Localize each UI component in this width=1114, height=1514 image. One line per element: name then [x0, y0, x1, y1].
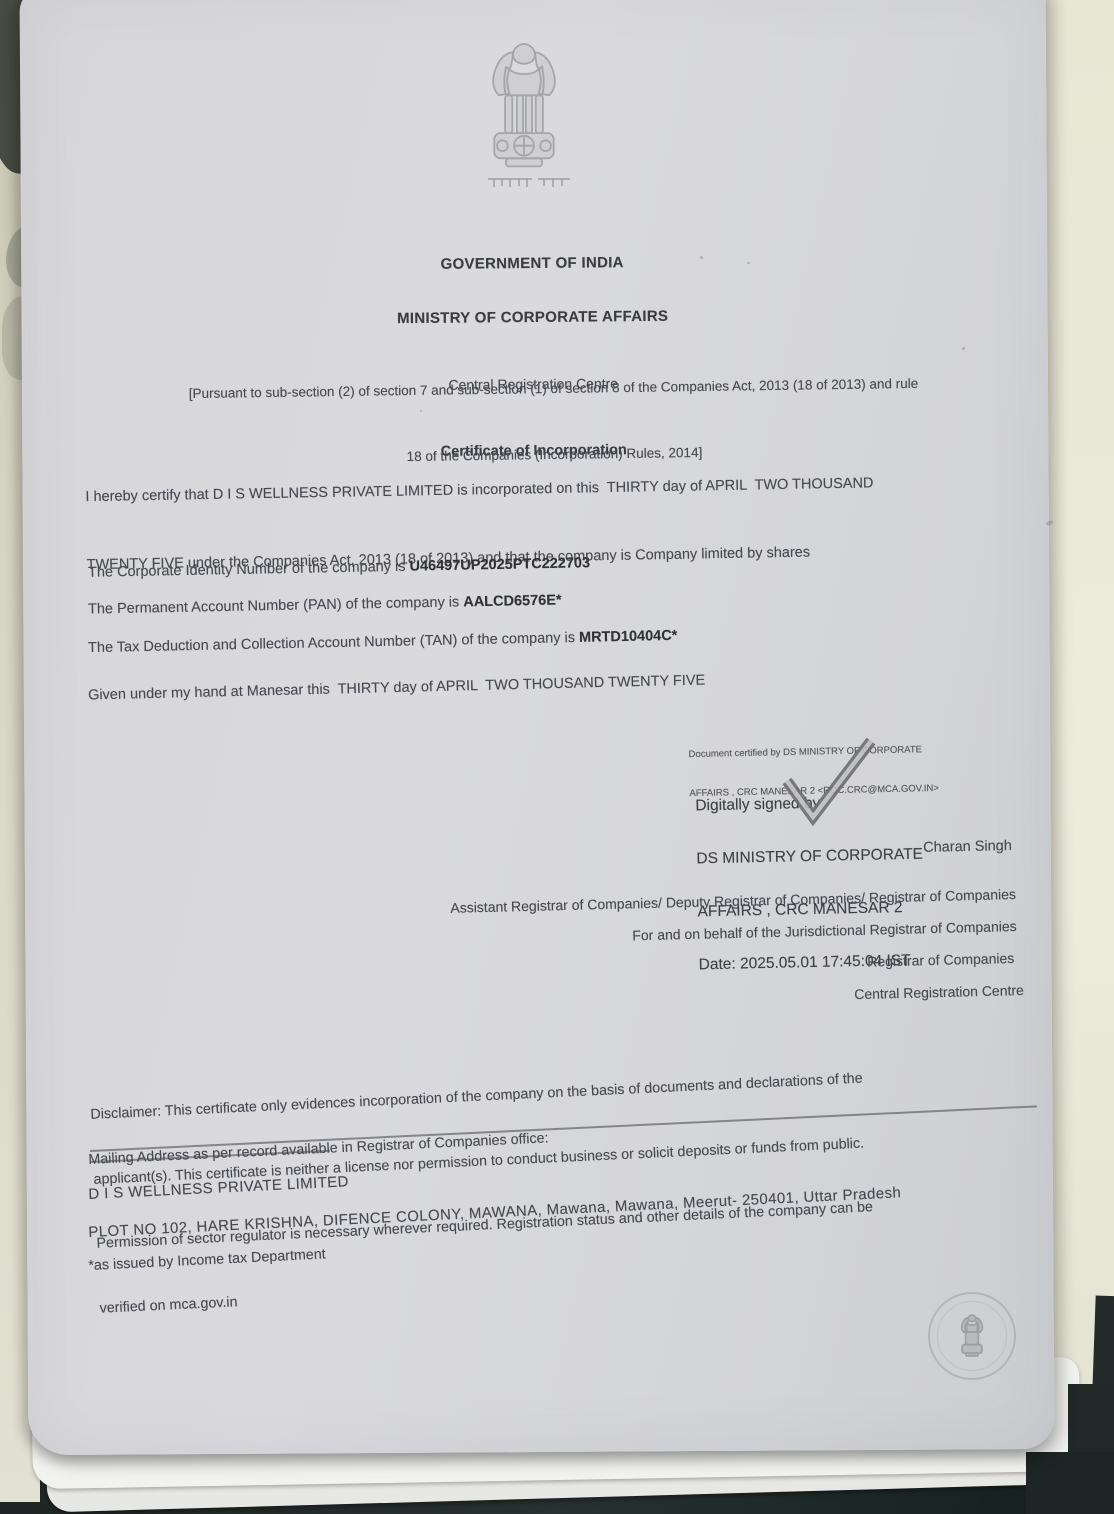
signer-name: Charan Singh: [923, 838, 1012, 856]
ministry-heading: MINISTRY OF CORPORATE AFFAIRS: [180, 306, 886, 330]
desk-corner-step: [1092, 1296, 1114, 1393]
certify-line: I hereby certify that D I S WELLNESS PRI…: [85, 470, 1015, 509]
scanned-certificate-photo: सत्यमेव जयते GOVERNMENT OF INDIA MINISTR…: [0, 0, 1114, 1514]
desk-corner-step: [1026, 1452, 1114, 1514]
india-national-emblem-icon: [479, 36, 569, 178]
digital-signature-line: DS MINISTRY OF CORPORATE: [696, 846, 923, 868]
tan-value: MRTD10404C*: [579, 628, 678, 646]
pursuant-line: [Pursuant to sub-section (2) of section …: [84, 371, 1022, 406]
government-of-india-heading: GOVERNMENT OF INDIA: [179, 252, 885, 276]
seal-emblem-icon: [957, 1312, 987, 1360]
round-seal-stamp: [928, 1292, 1016, 1380]
signature-checkmark-icon: [775, 733, 880, 835]
disclaimer-line: Disclaimer: This certificate only eviden…: [90, 1060, 1046, 1127]
satyameva-jayate-motto: सत्यमेव जयते: [474, 176, 584, 190]
pan-value: AALCD6576E*: [463, 592, 562, 610]
